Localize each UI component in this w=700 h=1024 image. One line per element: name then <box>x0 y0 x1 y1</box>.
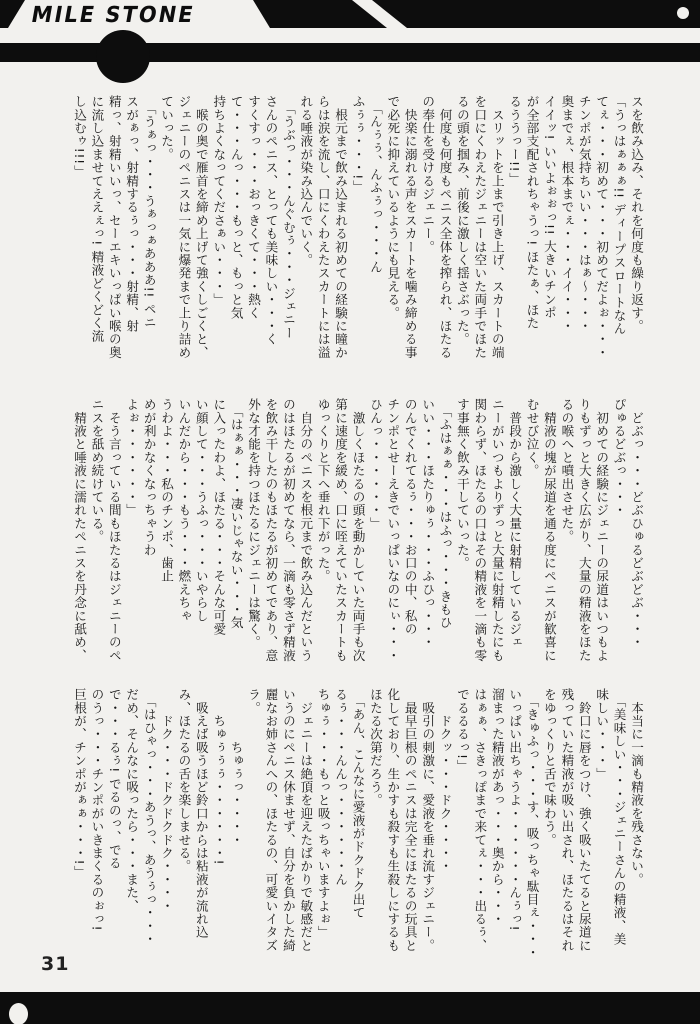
banner-white-dot <box>677 7 689 19</box>
text-column: でるるるっ!」 <box>454 688 471 965</box>
text-column: で必死に抑えているようにも見える。 <box>384 95 401 372</box>
text-column: はぁぁ、さきっぽまで来てぇ・・・出るぅ、 <box>471 688 488 965</box>
text-column: いうのにペニス休ませず、自分を負かした綺 <box>279 688 296 965</box>
text-column: いっぱい出ちゃうよ・・・・・・んぅっ! <box>506 688 523 965</box>
text-column: 化しており、生かすも殺すも生殺しにするも <box>384 688 401 965</box>
text-column: に流し込ませてええぇっ! 精液どくどく流 <box>88 95 105 372</box>
text-column: 味しい・・・」 <box>593 688 610 965</box>
text-column: ひんっ・・・・・・」 <box>367 398 384 673</box>
text-column: すくすっ・・・おっきくて・・・熱く <box>245 95 262 372</box>
text-column: ドクッ・・・ドク・・・・ <box>436 688 453 965</box>
text-column: に入ったわよ、ほたる・・・そんな可愛 <box>210 398 227 673</box>
text-column: を飲み干したのもほたるが初めてであり、意 <box>262 398 279 673</box>
text-column: いい・・・ほたりゅぅ・・・ふひっ・・・ <box>419 398 436 673</box>
text-column: 吸引の刺激に、愛液を垂れ流すジェニー。 <box>419 688 436 965</box>
text-column: りもずっと大きく広がり、大量の精液をほた <box>575 398 592 673</box>
text-column: 「うぶっ・・・んぐむぅ・・・ジェニー <box>279 95 296 372</box>
text-column: 快楽に溺れる声をスカートを噛み締める事 <box>401 95 418 372</box>
text-column: れる唾液が染み込んでいく。 <box>297 95 314 372</box>
text-column: るううっー!!」 <box>506 95 523 372</box>
text-column: 吸えば吸うほど鈴口からは粘液が流れ込 <box>192 688 209 965</box>
text-column: どぶっ・・・どぶひゅるどぶどぶ・・・ <box>628 398 645 673</box>
text-column: ちゅぅぅぅ・・・・・・! <box>210 688 227 965</box>
text-column: 何度も何度もペニス全体を搾られ、ほたる <box>436 95 453 372</box>
text-column: てぇ・・・初めて・・・初めてだよぉ・・・ <box>593 95 610 372</box>
text-column: よぉ・・・・・・」 <box>123 398 140 673</box>
text-column: ジェニーは絶頂を迎えたばかりで敏感だと <box>297 688 314 965</box>
text-column: スを飲み込み、それを何度も繰り返す。 <box>628 95 645 372</box>
text-column: スがぁっ、射精するぅっ・・・射精、射 <box>123 95 140 372</box>
text-column: 関わらず、ほたるの口はその精液を一滴も零 <box>471 398 488 673</box>
text-column: ていった。 <box>158 95 175 372</box>
text-column: 「きゅふっ・・・す、吸っちゃ駄目ぇ・・・ <box>523 688 540 965</box>
text-column: 外な才能を持つほたるにジェニーは驚く。 <box>245 398 262 673</box>
text-column: 最早巨根のペニスは完全にほたるの玩具と <box>401 688 418 965</box>
text-column: す事無く飲み干していった。 <box>454 398 471 673</box>
text-column: 精液の塊が尿道を通る度にペニスが歓喜に <box>541 398 558 673</box>
text-column: ぴゅるどぶっ・・・ <box>610 398 627 673</box>
text-column: 「うっはぁぁぁ!! ディープスロートなん <box>610 95 627 372</box>
text-column: うわよ・・・私のチンポ、歯止 <box>158 398 175 673</box>
text-column: で・・・るぅ! でるのっ、でる <box>105 688 122 965</box>
text-column: だめ、そんなに吸ったら・・・また、 <box>123 688 140 965</box>
text-column: ゆっくりと下へ垂れ下がった。 <box>314 398 331 673</box>
text-column: 「はひゃっ・・・あうっ、あうぅっ・・・ <box>140 688 157 965</box>
logo-text: MILE STONE <box>29 1 264 28</box>
text-column: イイッ! いいよぉぉっ!! 大きいチンポ <box>541 95 558 372</box>
text-column: を口にくわえたジェニーは空いた両手でほた <box>471 95 488 372</box>
text-column: 初めての経験にジェニーの尿道はいつもよ <box>593 398 610 673</box>
text-column: るぅ・・・んんっ・・・・・・ん <box>332 688 349 965</box>
text-column: チンポが気持ちいい・・・はぁ〜・・・ <box>575 95 592 372</box>
text-column: 巨根が、チンポがぁぁ・・・!」 <box>71 688 88 965</box>
text-column: 第に速度を緩め、口に咥えていたスカートも <box>332 398 349 673</box>
text-column: ちゅぅっ・・・・ <box>227 688 244 965</box>
text-column: 精液と唾液に濡れたペニスを丹念に舐め、 <box>71 398 88 673</box>
text-band-1: スを飲み込み、それを何度も繰り返す。「うっはぁぁぁ!! ディープスロートなんてぇ… <box>63 95 645 372</box>
text-column: 麗なお姉さんへの、ほたるの、可愛いイタズ <box>262 688 279 965</box>
text-column: ドク・・・ドクドクドク・・・・ <box>158 688 175 965</box>
text-column: 「あん、こんなに愛液がドクドク出て <box>349 688 366 965</box>
text-column: ジェニーのペニスは一気に爆発まで上り詰め <box>175 95 192 372</box>
footer-bar <box>0 992 700 1024</box>
text-band-3: 本当に一滴も精液を残さない。 「美味しい・・・ジェニーさんの精液、美味しい・・・… <box>63 688 645 965</box>
text-column: ほたる次第だろう。 <box>367 688 384 965</box>
text-column: ラ。 <box>245 688 262 965</box>
text-column: 根元まで飲み込まれる初めての経験に瞳か <box>332 95 349 372</box>
text-column: スリットを上まで引き上げ、スカートの端 <box>488 95 505 372</box>
text-band-2: どぶっ・・・どぶひゅるどぶどぶ・・・ぴゅるどぶっ・・・ 初めての経験にジェニーの… <box>63 398 645 673</box>
text-column: 普段から激しく大量に射精しているジェ <box>506 398 523 673</box>
text-column: むせび泣く。 <box>523 398 540 673</box>
text-column: し込むゥ!!!」 <box>71 95 88 372</box>
text-column: 鈴口に唇をつけ、強く吸いたてると尿道に <box>575 688 592 965</box>
text-column: さんのペニス、とっても美味しい・・・く <box>262 95 279 372</box>
text-column: 「うぁっ・・・うぁっぁあああ!! ペニ <box>140 95 157 372</box>
text-column: そう言っている間もほたるはジェニーのペ <box>105 398 122 673</box>
text-column: て・・・んっ・・・もっと、もっと気 <box>227 95 244 372</box>
text-column: の奉仕を受けるジェニー。 <box>419 95 436 372</box>
text-column: ちゅぅ・・・もっと吸っちゃいますよぉ」 <box>314 688 331 965</box>
text-column: 喉の奥で雁首を締め上げて強くしごくと、 <box>192 95 209 372</box>
text-column: 持ちよくなってくださぁい・・・」 <box>210 95 227 372</box>
text-column: い顔して・・・うふっ・・・いやらし <box>192 398 209 673</box>
text-column: のんでくれてるぅ・・・お口の中、私の <box>401 398 418 673</box>
text-column: ふぅぅ・・・!」 <box>349 95 366 372</box>
text-column: 激しくほたるの頭を動かしていた両手も次 <box>349 398 366 673</box>
text-column: が全部支配されちゃうっ! ほたぁ、ほた <box>523 95 540 372</box>
scanned-page: MILE STONE スを飲み込み、それを何度も繰り返す。「うっはぁぁぁ!! デ… <box>0 0 700 1024</box>
text-column: み、ほたるの舌を楽しませる。 <box>175 688 192 965</box>
text-column: 残っていた精液が吸い出され、ほたるはそれ <box>558 688 575 965</box>
text-column: 「はぁぁ・・・凄いじゃない・・・気 <box>227 398 244 673</box>
text-column: をゆっくりと舌で味わう。 <box>541 688 558 965</box>
page-number: 31 <box>41 953 69 975</box>
header-banner: MILE STONE <box>0 0 700 28</box>
text-column: のうっ・・・チンポがいきまくるのぉっ! <box>88 688 105 965</box>
text-column: 「んぅぅ、んふぅっ・・・ん <box>367 95 384 372</box>
text-column: いんだから・・・もう・・・燃えちゃ <box>175 398 192 673</box>
text-column: 「ふはぁぁ・・・はふっ・・・きもひ <box>436 398 453 673</box>
text-column: るの喉へと噴出させた。 <box>558 398 575 673</box>
text-column: 溜まった精液があっ・・・奥から・・・ <box>488 688 505 965</box>
text-column: チンポとせーえきでいっぱいなのにぃ・・・ <box>384 398 401 673</box>
text-column: らは涙を流し、口にくわえたスカートには溢 <box>314 95 331 372</box>
text-column: 奥までぇ、根本までぇ・・・イイ・・・ <box>558 95 575 372</box>
text-column: 精っ、射精いいっ、セーエキいっぱい喉の奥 <box>105 95 122 372</box>
footer-white-dot <box>9 1003 28 1024</box>
text-column: ニスを舐め続けている。 <box>88 398 105 673</box>
header-divider-knob <box>96 30 150 83</box>
text-column: 自分のペニスを根元まで飲み込んだという <box>297 398 314 673</box>
text-column: めが利かなくなっちゃうわ <box>140 398 157 673</box>
text-column: るの頭を掴み、前後に激しく揺さぶった。 <box>454 95 471 372</box>
text-column: 本当に一滴も精液を残さない。 <box>628 688 645 965</box>
text-column: 「美味しい・・・ジェニーさんの精液、美 <box>610 688 627 965</box>
text-column: のはほたるが初めてなら、一滴も零さず精液 <box>279 398 296 673</box>
text-column: ニーがいつもよりずっと大量に射精したにも <box>488 398 505 673</box>
